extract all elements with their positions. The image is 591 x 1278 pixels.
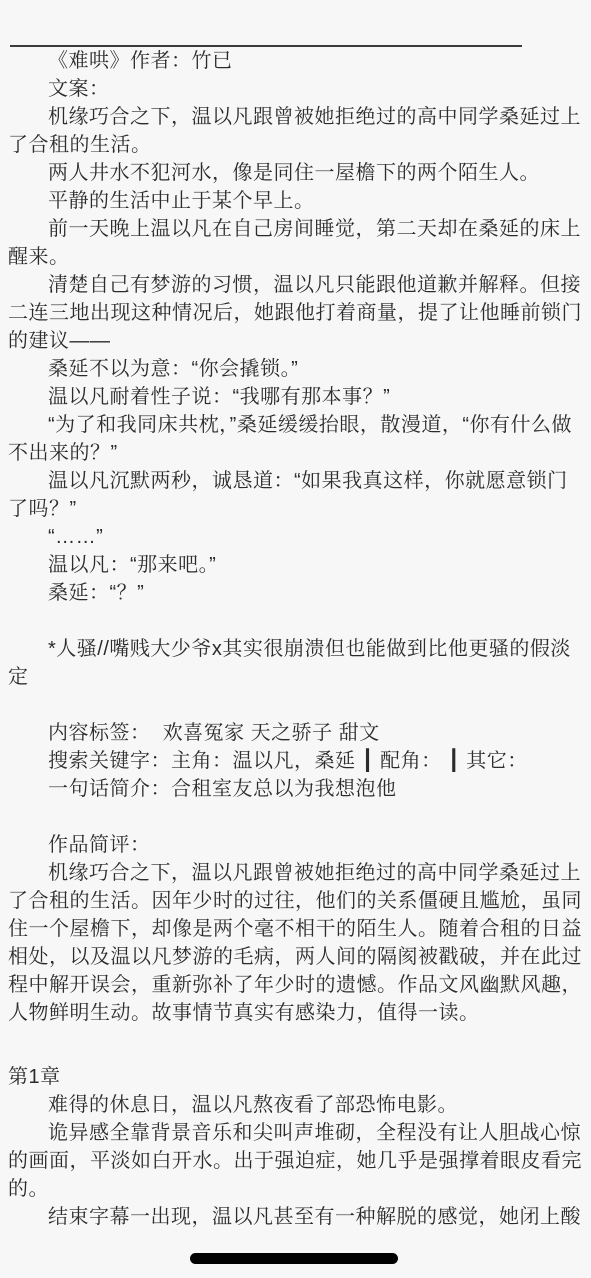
blank-line-spacer xyxy=(8,607,583,635)
synopsis-label: 文案： xyxy=(8,75,583,103)
search-keywords-line: 搜索关键字：主角：温以凡，桑延 ┃ 配角： ┃ 其它： xyxy=(8,747,583,775)
blank-line-spacer xyxy=(8,691,583,719)
chapter-heading: 第1章 xyxy=(8,1063,583,1091)
synopsis-paragraph: 机缘巧合之下，温以凡跟曾被她拒绝过的高中同学桑延过上了合租的生活。 xyxy=(8,103,583,159)
reader-page[interactable]: 《难哄》作者：竹已 文案： 机缘巧合之下，温以凡跟曾被她拒绝过的高中同学桑延过上… xyxy=(0,45,591,1231)
review-label: 作品简评： xyxy=(8,831,583,859)
dialogue-line: “为了和我同床共枕，”桑延缓缓抬眼，散漫道，“你有什么做不出来的？” xyxy=(8,411,583,467)
dialogue-line: 桑延：“？” xyxy=(8,579,583,607)
content-tags-line: 内容标签： 欢喜冤家 天之骄子 甜文 xyxy=(8,719,583,747)
dialogue-line: 温以凡沉默两秒，诚恳道：“如果我真这样，你就愿意锁门了吗？” xyxy=(8,467,583,523)
dialogue-line: “……” xyxy=(8,523,583,551)
home-indicator-bar[interactable] xyxy=(190,1253,398,1264)
synopsis-paragraph: 前一天晚上温以凡在自己房间睡觉，第二天却在桑延的床上醒来。 xyxy=(8,215,583,271)
dialogue-line: 温以凡：“那来吧。” xyxy=(8,551,583,579)
book-title: 《难哄》作者：竹已 xyxy=(8,47,583,75)
blank-line-spacer xyxy=(8,803,583,831)
synopsis-paragraph: 平静的生活中止于某个早上。 xyxy=(8,187,583,215)
chapter-paragraph: 结束字幕一出现，温以凡甚至有一种解脱的感觉，她闭上酸 xyxy=(8,1203,583,1231)
dialogue-line: 桑延不以为意：“你会撬锁。” xyxy=(8,355,583,383)
synopsis-paragraph: 清楚自己有梦游的习惯，温以凡只能跟他道歉并解释。但接二连三地出现这种情况后，她跟… xyxy=(8,271,583,355)
one-line-intro: 一句话简介：合租室友总以为我想泡他 xyxy=(8,775,583,803)
chapter-paragraph: 难得的休息日，温以凡熬夜看了部恐怖电影。 xyxy=(8,1091,583,1119)
chapter-paragraph: 诡异感全靠背景音乐和尖叫声堆砌，全程没有让人胆战心惊的画面，平淡如白开水。出于强… xyxy=(8,1119,583,1203)
dialogue-line: 温以凡耐着性子说：“我哪有那本事？” xyxy=(8,383,583,411)
synopsis-paragraph: 两人井水不犯河水，像是同住一屋檐下的两个陌生人。 xyxy=(8,159,583,187)
section-gap xyxy=(8,1027,583,1063)
pairing-note: *人骚//嘴贱大少爷x其实很崩溃但也能做到比他更骚的假淡定 xyxy=(8,635,583,691)
review-paragraph: 机缘巧合之下，温以凡跟曾被她拒绝过的高中同学桑延过上了合租的生活。因年少时的过往… xyxy=(8,859,583,1027)
